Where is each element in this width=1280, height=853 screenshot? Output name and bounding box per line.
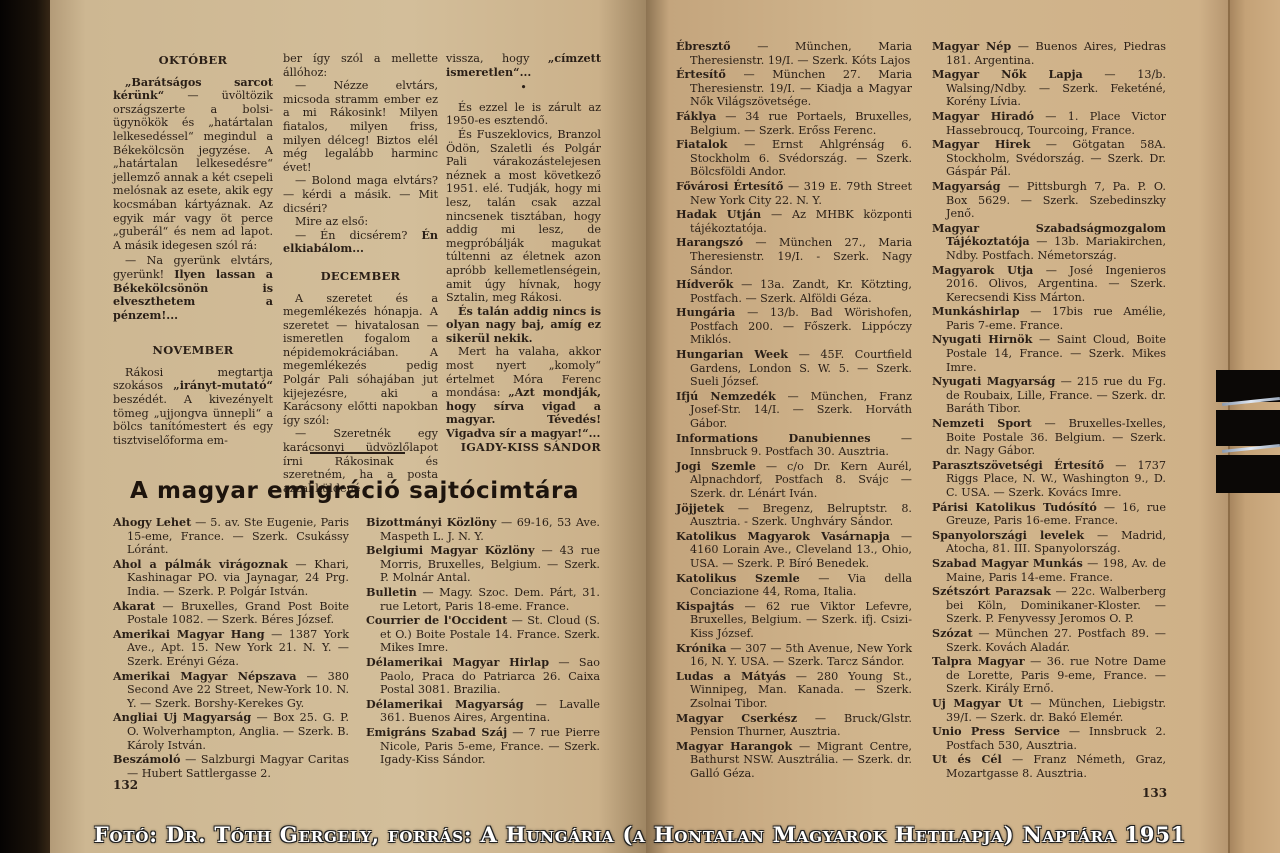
- directory-entry: Spanyolországi levelek — Madrid, Atocha,…: [932, 529, 1166, 556]
- publication-name: Ut és Cél: [932, 752, 1002, 766]
- separator-dot: •: [446, 81, 601, 95]
- publication-name: Fővárosi Értesítő: [676, 179, 783, 193]
- directory-entry: Belgiumi Magyar Közlöny — 43 rue Morris,…: [366, 544, 600, 585]
- directory-entry: Fővárosi Értesítő — 319 E. 79th Street N…: [676, 180, 912, 207]
- directory-entry: Courrier de l'Occident — St. Cloud (S. e…: [366, 614, 600, 655]
- publication-name: Ahol a pálmák virágoznak: [113, 557, 288, 571]
- publication-name: Nyugati Hirnök: [932, 332, 1032, 346]
- paragraph: A szeretet és a megemlékezés hónapja. A …: [283, 292, 438, 428]
- directory-entry: Nyugati Hirnök — Saint Cloud, Boite Post…: [932, 333, 1166, 374]
- directory-entry: Talpra Magyar — 36. rue Notre Dame de Lo…: [932, 655, 1166, 696]
- directory-entry: Magyar Hiradó — 1. Place Victor Hassebro…: [932, 110, 1166, 137]
- paragraph: „Barátságos sarcot kérünk“ — üvöltözik o…: [113, 76, 273, 253]
- publication-name: Informations Danubiennes: [676, 431, 871, 445]
- heading-oktober: OKTÓBER: [113, 54, 273, 68]
- publication-name: Amerikai Magyar Hang: [113, 627, 265, 641]
- directory-entry: Délamerikai Magyar Hirlap — Sao Paolo, P…: [366, 656, 600, 697]
- directory-entry: Délamerikai Magyarság — Lavalle 361. Bue…: [366, 698, 600, 725]
- directory-entry: Magyar Cserkész — Bruck/Glstr. Pension T…: [676, 712, 912, 739]
- directory-entry: Ébresztő — München, Maria Theresienstr. …: [676, 40, 912, 67]
- text: beszédét. A kivezényelt tömeg „ujjongva …: [113, 393, 273, 447]
- publication-name: Hungarian Week: [676, 347, 788, 361]
- publication-name: Beszámoló: [113, 752, 181, 766]
- publication-name: Talpra Magyar: [932, 654, 1025, 668]
- directory-entry: Ifjú Nemzedék — München, Franz Josef-Str…: [676, 390, 912, 431]
- directory-entry: Amerikai Magyar Népszava — 380 Second Av…: [113, 670, 349, 711]
- directory-entry: Hídverők — 13a. Zandt, Kr. Kötzting, Pos…: [676, 278, 912, 305]
- directory-entry: Krónika — 307 — 5th Avenue, New York 16,…: [676, 642, 912, 669]
- publication-name: Bulletin: [366, 585, 417, 599]
- directory-entry: Katolikus Szemle — Via della Conciazione…: [676, 572, 912, 599]
- publication-name: Szózat: [932, 626, 973, 640]
- paragraph: ber így szól a mellette állóhoz:: [283, 52, 438, 79]
- photo-credit-caption: Fotó: Dr. Tóth Gergely, forrás: A Hungár…: [0, 822, 1280, 847]
- publication-name: Emigráns Szabad Száj: [366, 725, 507, 739]
- publication-name: Ébresztő: [676, 39, 731, 53]
- directory-entry: Szétszórt Parazsak — 22c. Walberberg bei…: [932, 585, 1166, 626]
- paragraph: vissza, hogy „címzett ismeretlen“...: [446, 52, 601, 79]
- directory-entry: Kispajtás — 62 rue Viktor Lefevre, Bruxe…: [676, 600, 912, 641]
- publication-name: Fiatalok: [676, 137, 727, 151]
- paragraph: — Nézze elvtárs, micsoda stramm ember ez…: [283, 79, 438, 174]
- publication-name: Krónika: [676, 641, 726, 655]
- publication-name: Spanyolországi levelek: [932, 528, 1084, 542]
- directory-entry: Katolikus Magyarok Vasárnapja — 4160 Lor…: [676, 530, 912, 571]
- publication-name: Munkáshirlap: [932, 304, 1020, 318]
- page-number-left: 132: [113, 778, 138, 792]
- directory-entry: Unio Press Service — Innsbruck 2. Postfa…: [932, 725, 1166, 752]
- directory-entry: Bulletin — Magy. Szoc. Dem. Párt, 31. ru…: [366, 586, 600, 613]
- publication-name: Nemzeti Sport: [932, 416, 1032, 430]
- heading-december: DECEMBER: [283, 270, 438, 284]
- publication-name: Courrier de l'Occident: [366, 613, 507, 627]
- publication-name: Harangszó: [676, 235, 743, 249]
- directory-entry: Uj Magyar Ut — München, Liebigstr. 39/I.…: [932, 697, 1166, 724]
- publication-name: Bizottmányi Közlöny: [366, 515, 496, 529]
- publication-name: Magyar Hirek: [932, 137, 1030, 151]
- paragraph: És ezzel le is zárult az 1950-es esztend…: [446, 101, 601, 128]
- directory-column-right-2: Magyar Nép — Buenos Aires, Piedras 181. …: [932, 40, 1166, 781]
- directory-entry: Angliai Uj Magyarság — Box 25. G. P. O. …: [113, 711, 349, 752]
- publication-name: Parasztszövetségi Értesítő: [932, 458, 1104, 472]
- publication-details: — 34 rue Portaels, Bruxelles, Belgium. —…: [690, 110, 912, 137]
- directory-column-right-1: Ébresztő — München, Maria Theresienstr. …: [676, 40, 912, 781]
- publication-name: Katolikus Magyarok Vasárnapja: [676, 529, 890, 543]
- paragraph: És Fuszeklovics, Branzol Ödön, Szaletli …: [446, 128, 601, 305]
- directory-entry: Magyarok Utja — José Ingenieros 2016. Ol…: [932, 264, 1166, 305]
- publication-name: Szétszórt Parazsak: [932, 584, 1051, 598]
- binder-clip: [1216, 410, 1280, 446]
- publication-name: Fáklya: [676, 109, 716, 123]
- directory-entry: Fáklya — 34 rue Portaels, Bruxelles, Bel…: [676, 110, 912, 137]
- publication-name: Délamerikai Magyarság: [366, 697, 524, 711]
- author-signature: IGADY-KISS SÁNDOR: [446, 441, 601, 455]
- dark-background: [0, 0, 52, 853]
- directory-entry: Ahogy Lehet — 5. av. Ste Eugenie, Paris …: [113, 516, 349, 557]
- directory-entry: Nemzeti Sport — Bruxelles-Ixelles, Boite…: [932, 417, 1166, 458]
- publication-name: Akarat: [113, 599, 155, 613]
- publication-name: Magyarság: [932, 179, 1000, 193]
- directory-entry: Magyar Szabadságmozgalom Tájékoztatója —…: [932, 222, 1166, 263]
- publication-name: Unio Press Service: [932, 724, 1060, 738]
- paragraph: Rákosi megtartja szokásos „irányt-mutató…: [113, 366, 273, 448]
- text: — Én dicsérem?: [295, 229, 421, 242]
- publication-details: — Bregenz, Belruptstr. 8. Ausztria. - Sz…: [690, 502, 912, 529]
- page-number-right: 133: [1142, 786, 1167, 800]
- directory-entry: Hungária — 13/b. Bad Wörishofen, Postfac…: [676, 306, 912, 347]
- section-title: A magyar emigráció sajtócimtára: [130, 478, 579, 504]
- publication-name: Szabad Magyar Munkás: [932, 556, 1083, 570]
- publication-name: Ahogy Lehet: [113, 515, 191, 529]
- publication-name: Magyar Cserkész: [676, 711, 797, 725]
- publication-name: Magyarok Utja: [932, 263, 1033, 277]
- directory-entry: Beszámoló — Salzburgi Magyar Caritas — H…: [113, 753, 349, 780]
- directory-entry: Magyar Harangok — Migrant Centre, Bathur…: [676, 740, 912, 781]
- bold-text: „irányt-mutató“: [173, 378, 273, 392]
- publication-name: Délamerikai Magyar Hirlap: [366, 655, 549, 669]
- publication-name: Nyugati Magyarság: [932, 374, 1055, 388]
- heading-november: NOVEMBER: [113, 344, 273, 358]
- publication-name: Kispajtás: [676, 599, 734, 613]
- section-divider: [310, 452, 405, 454]
- publication-name: Katolikus Szemle: [676, 571, 800, 585]
- directory-entry: Informations Danubiennes — Innsbruck 9. …: [676, 432, 912, 459]
- directory-entry: Akarat — Bruxelles, Grand Post Boite Pos…: [113, 600, 349, 627]
- directory-entry: Szabad Magyar Munkás — 198, Av. de Maine…: [932, 557, 1166, 584]
- paragraph: Mire az első:: [283, 215, 438, 229]
- publication-name: Jogi Szemle: [676, 459, 756, 473]
- directory-entry: Magyar Nép — Buenos Aires, Piedras 181. …: [932, 40, 1166, 67]
- publication-name: Belgiumi Magyar Közlöny: [366, 543, 534, 557]
- directory-entry: Értesítő — München 27. Maria Theresienst…: [676, 68, 912, 109]
- directory-entry: Magyarság — Pittsburgh 7, Pa. P. O. Box …: [932, 180, 1166, 221]
- directory-entry: Szózat — München 27. Postfach 89. — Szer…: [932, 627, 1166, 654]
- directory-entry: Jöjjetek — Bregenz, Belruptstr. 8. Auszt…: [676, 502, 912, 529]
- publication-name: Értesítő: [676, 67, 726, 81]
- directory-entry: Hadak Utján — Az MHBK központi tájékozta…: [676, 208, 912, 235]
- directory-entry: Parasztszövetségi Értesítő — 1737 Riggs …: [932, 459, 1166, 500]
- publication-details: — Bruxelles, Grand Post Boite Postale 10…: [127, 600, 349, 627]
- directory-entry: Harangszó — München 27., Maria Theresien…: [676, 236, 912, 277]
- directory-entry: Fiatalok — Ernst Ahlgrénság 6. Stockholm…: [676, 138, 912, 179]
- publication-details: — München 27. Postfach 89. — Szerk. Ková…: [946, 627, 1166, 654]
- article-column-2: ber így szól a mellette állóhoz: — Nézze…: [283, 52, 438, 495]
- publication-name: Jöjjetek: [676, 501, 724, 515]
- publication-name: Magyar Nők Lapja: [932, 67, 1083, 81]
- article-column-1: OKTÓBER „Barátságos sarcot kérünk“ — üvö…: [113, 50, 273, 447]
- binder-clip: [1216, 455, 1280, 493]
- paragraph: Mert ha valaha, akkor most nyert „komoly…: [446, 345, 601, 440]
- article-column-3: vissza, hogy „címzett ismeretlen“... • É…: [446, 52, 601, 454]
- publication-name: Hadak Utján: [676, 207, 761, 221]
- directory-entry: Magyar Hirek — Götgatan 58A. Stockholm, …: [932, 138, 1166, 179]
- directory-entry: Amerikai Magyar Hang — 1387 York Ave., A…: [113, 628, 349, 669]
- publication-name: Angliai Uj Magyarság: [113, 710, 251, 724]
- paragraph: És talán addig nincs is olyan nagy baj, …: [446, 305, 601, 346]
- directory-entry: Magyar Nők Lapja — 13/b. Walsing/Ndby. —…: [932, 68, 1166, 109]
- publication-name: Uj Magyar Ut: [932, 696, 1023, 710]
- directory-entry: Munkáshirlap — 17bis rue Amélie, Paris 7…: [932, 305, 1166, 332]
- publication-name: Hídverők: [676, 277, 733, 291]
- paragraph: — Én dicsérem? Én elkiabálom...: [283, 229, 438, 256]
- directory-entry: Nyugati Magyarság — 215 rue du Fg. de Ro…: [932, 375, 1166, 416]
- directory-entry: Hungarian Week — 45F. Courtfield Gardens…: [676, 348, 912, 389]
- directory-entry: Ahol a pálmák virágoznak — Khari, Kashin…: [113, 558, 349, 599]
- publication-name: Ifjú Nemzedék: [676, 389, 776, 403]
- publication-name: Amerikai Magyar Népszava: [113, 669, 297, 683]
- text: vissza, hogy: [446, 52, 548, 65]
- directory-entry: Ut és Cél — Franz Németh, Graz, Mozartga…: [932, 753, 1166, 780]
- publication-name: Magyar Nép: [932, 39, 1011, 53]
- directory-entry: Ludas a Mátyás — 280 Young St., Winnipeg…: [676, 670, 912, 711]
- directory-entry: Jogi Szemle — c/o Dr. Kern Aurél, Alpnac…: [676, 460, 912, 501]
- paragraph: — Bolond maga elvtárs? — kérdi a másik. …: [283, 174, 438, 215]
- publication-name: Ludas a Mátyás: [676, 669, 786, 683]
- publication-name: Magyar Hiradó: [932, 109, 1034, 123]
- directory-entry: Emigráns Szabad Száj — 7 rue Pierre Nico…: [366, 726, 600, 767]
- directory-entry: Párisi Katolikus Tudósító — 16, rue Greu…: [932, 501, 1166, 528]
- directory-entry: Bizottmányi Közlöny — 69-16, 53 Ave. Mas…: [366, 516, 600, 543]
- directory-column-left-1: Ahogy Lehet — 5. av. Ste Eugenie, Paris …: [113, 516, 349, 781]
- text: — üvöltözik országszerte a bolsi-ügynökö…: [113, 89, 273, 252]
- paragraph: — Na gyerünk elvtárs, gyerünk! Ilyen las…: [113, 254, 273, 322]
- publication-name: Hungária: [676, 305, 735, 319]
- publication-name: Magyar Harangok: [676, 739, 792, 753]
- directory-column-left-2: Bizottmányi Közlöny — 69-16, 53 Ave. Mas…: [366, 516, 600, 768]
- publication-name: Párisi Katolikus Tudósító: [932, 500, 1097, 514]
